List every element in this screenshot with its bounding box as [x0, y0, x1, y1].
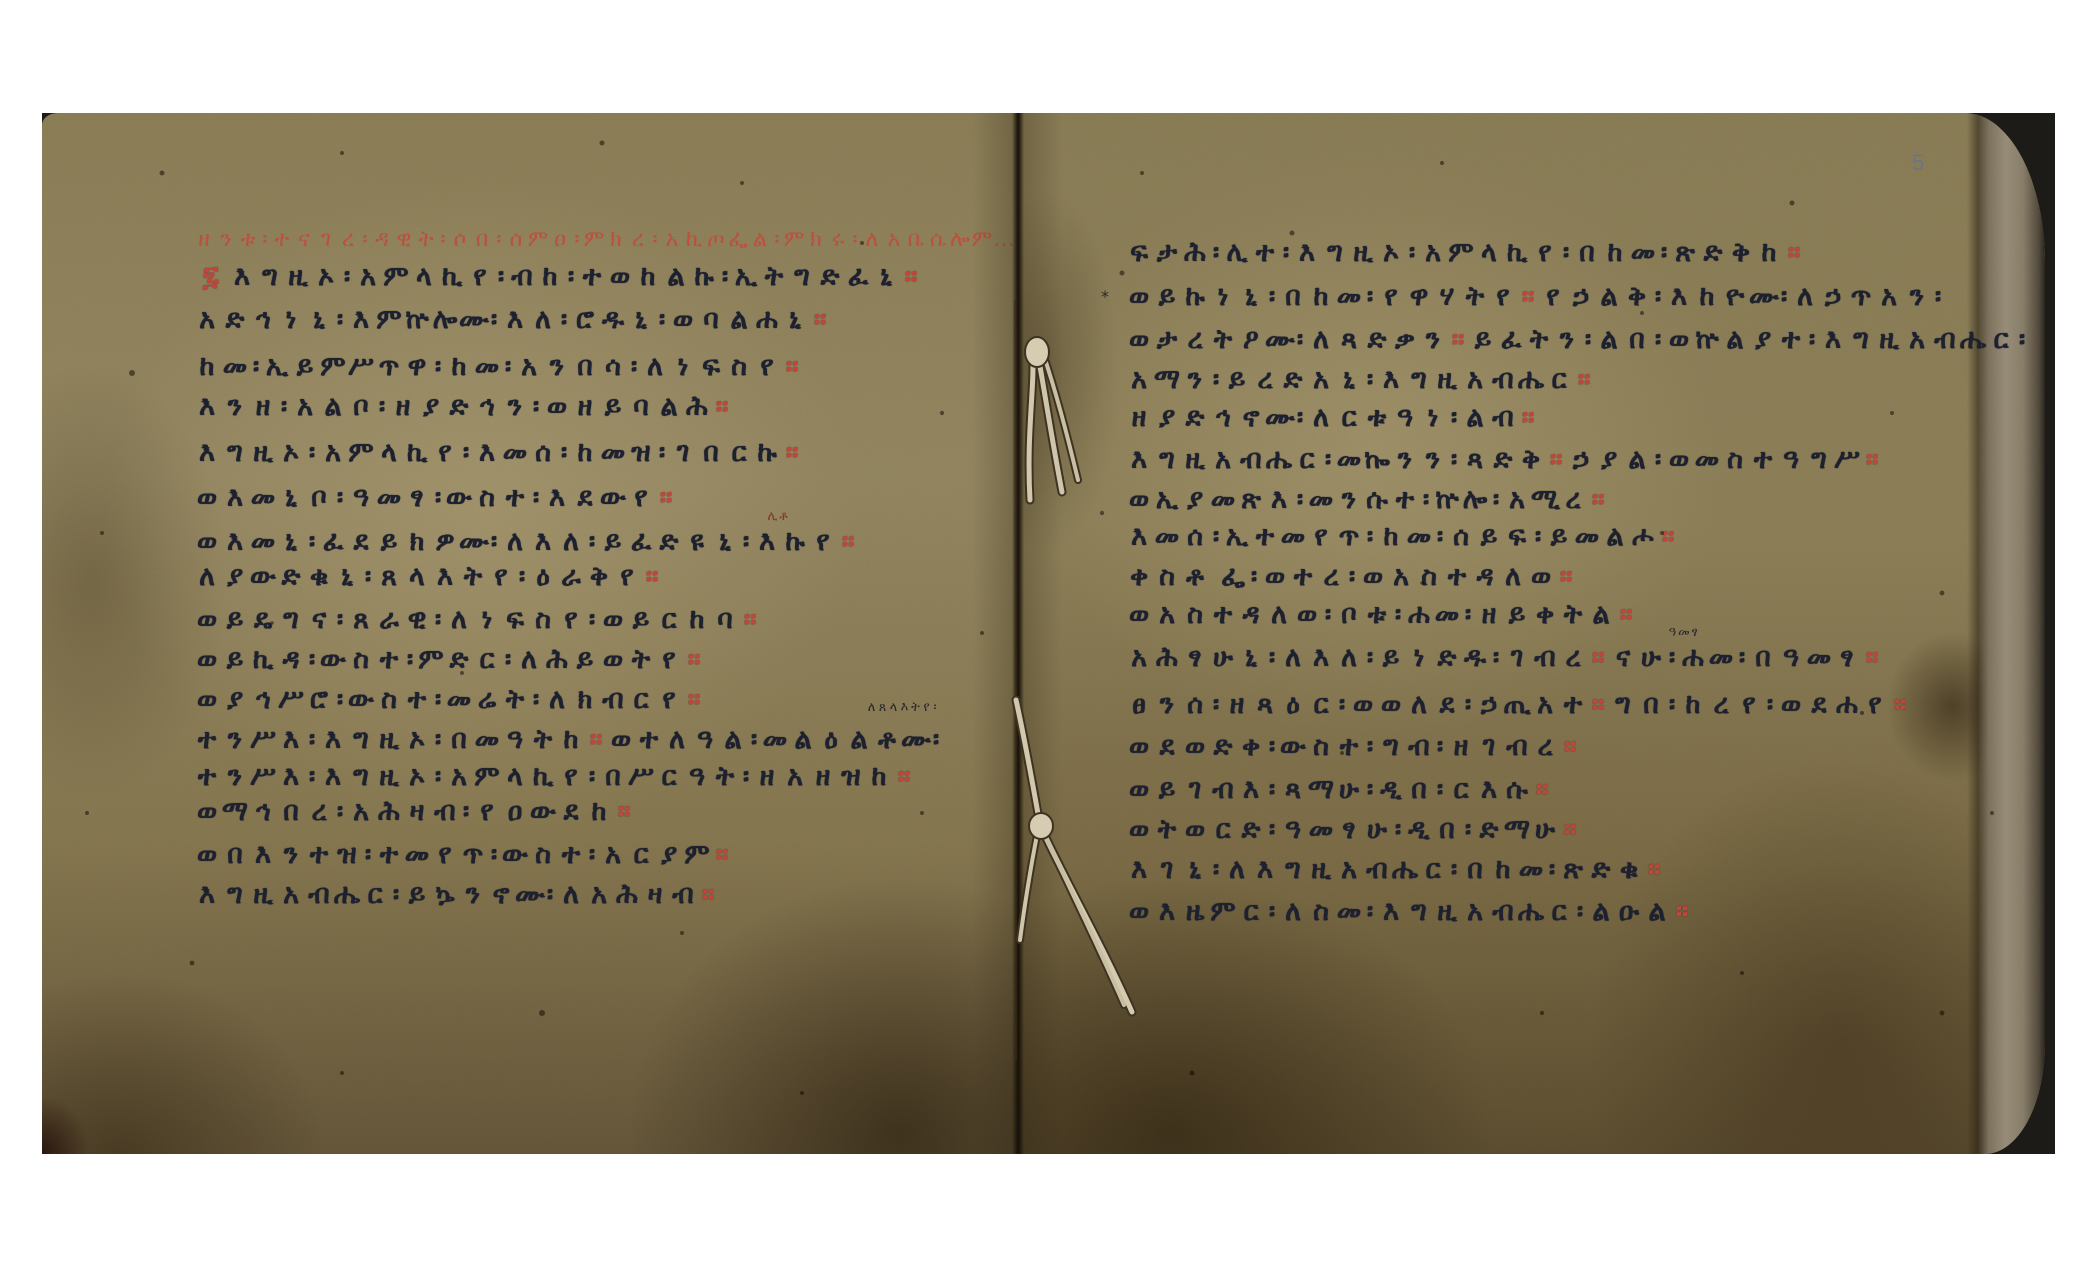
- text-line: እመሰ፡ኢተመየጥ፡ከመ፡ሰይፍ፡ይመልሖ።: [1125, 520, 1679, 554]
- red-full-stop: ።: [1861, 642, 1883, 673]
- text-line: ፯እግዚኦ፡አምላኪየ፡ብከ፡ተወከልኩ፡ኢትግድፈኒ።: [193, 260, 922, 294]
- line-text: እገኒ፡ለእግዚአብሔር፡በከመ፡ጽድቁ: [1125, 854, 1643, 885]
- text-line: ወደወድቀ፡ውስተ፡ግብ፡ዘገብረ።: [1125, 730, 1581, 764]
- text-line: ወይገብእ፡ጻማሁ፡ዲበ፡ርእሱ።: [1125, 773, 1553, 807]
- red-full-stop: ።: [655, 482, 677, 513]
- text-line: ወትወርድ፡ዓመፃሁ፡ዲበ፡ድማሁ።: [1125, 813, 1581, 847]
- text-line: ፍታሕ፡ሊተ፡እግዚኦ፡አምላኪየ፡በከመ፡ጽድቅከ።: [1125, 236, 1805, 270]
- red-full-stop: ።: [1587, 484, 1609, 515]
- red-full-stop: ።: [1555, 561, 1577, 592]
- line-text: ከመ፡ኢይምሥጥዋ፡ከመ፡አንበሳ፡ለነፍስየ: [193, 351, 781, 382]
- red-full-stop: ።: [1643, 854, 1665, 885]
- line-text: ዘያድኅኖሙ፡ለርቱዓነ፡ልብ: [1125, 402, 1517, 433]
- text-line: አሕፃሁኒ፡ለእለ፡ይነድዱ፡ገብረ።ናሁ፡ሐመ፡በዓመፃ።: [1125, 641, 1883, 675]
- red-full-stop: ።: [900, 261, 922, 292]
- line-text: ለያውድቁኒ፡ጸላእትየ፡ዕራቅየ: [193, 561, 641, 592]
- text-line: ቀስቶ ፌ፡ወተረ፡ወአስተዳለወ።: [1125, 560, 1577, 594]
- text-line: ወእመኒ፡ፈደይክዎሙ፡ለእለ፡ይፈድዩኒ፡እኩየ።: [193, 525, 859, 559]
- line-text: ወኢያመጽእ፡መንሱተ፡ኵሎ፡አሚረ: [1125, 484, 1587, 515]
- red-full-stop: ።: [697, 879, 719, 910]
- text-line: ወይኩነኒ፡በከመ፡የዋሃትየ።የኃልቅ፡እከዮሙ፡ለኃጥአን፡: [1125, 280, 1945, 314]
- interlinear-correction: ሊቶ: [767, 509, 789, 525]
- correction-text: ሊቶ: [767, 509, 789, 524]
- text-line: አድኅነኒ፡እምኵሎሙ፡እለ፡ሮዱኒ፡ወባልሐኒ።: [193, 303, 831, 337]
- red-full-stop: ።: [739, 604, 761, 635]
- line-text: ወይዴግና፡ጸራዊ፡ለነፍስየ፡ወይርከባ: [193, 604, 739, 635]
- text-line: ወአስተዳለወ፡ቦቱ፡ሐመ፡ዘይቀትል።: [1125, 598, 1637, 632]
- line-text: ወይኩነኒ፡በከመ፡የዋሃትየ: [1125, 281, 1517, 312]
- text-line: ዘያድኅኖሙ፡ለርቱዓነ፡ልብ።: [1125, 401, 1539, 435]
- red-full-stop: ።: [781, 351, 803, 382]
- folio-number: 5: [1912, 150, 1924, 176]
- line-text: እግዚኦ፡አምላኪየ፡ብከ፡ተወከልኩ፡ኢትግድፈኒ: [228, 261, 900, 292]
- correction-text: ዓመፃ: [1667, 625, 1700, 640]
- text-line: እግዚአብሔር፡ይኴንኖሙ፡ለአሕዛብ።: [193, 878, 719, 912]
- line-text: ወደወድቀ፡ውስተ፡ግብ፡ዘገብረ: [1125, 731, 1559, 762]
- psalm-number: ፯: [193, 261, 228, 292]
- line-text: ወትወርድ፡ዓመፃሁ፡ዲበ፡ድማሁ: [1125, 814, 1559, 845]
- red-full-stop: ።: [1861, 444, 1883, 475]
- line-text: እመሰ፡ኢተመየጥ፡ከመ፡ሰይፍ፡ይመልሖ: [1125, 521, 1657, 552]
- line-text: አማን፡ይረድአኒ፡እግዚአብሔር: [1125, 364, 1573, 395]
- red-full-stop: ።: [1657, 521, 1679, 552]
- red-full-stop: ።: [1783, 237, 1805, 268]
- line-text: እግዚአብሔር፡መኰንን፡ጻድቅ: [1125, 444, 1545, 475]
- red-full-stop: ።: [1517, 281, 1539, 312]
- red-full-stop: ።: [711, 391, 733, 422]
- line-text: ፍታሕ፡ሊተ፡እግዚኦ፡አምላኪየ፡በከመ፡ጽድቅከ: [1125, 237, 1783, 268]
- red-full-stop: ።: [683, 644, 705, 675]
- red-full-stop: ።: [809, 304, 831, 335]
- text-line: ወበእንተዝ፡ተመየጥ፡ውስተ፡አርያም።: [193, 838, 733, 872]
- text-line: አማን፡ይረድአኒ፡እግዚአብሔር።: [1125, 363, 1595, 397]
- red-full-stop: ።: [1517, 402, 1539, 433]
- red-full-stop: ።: [781, 437, 803, 468]
- line-text-continued: ናሁ፡ሐመ፡በዓመፃ: [1609, 642, 1861, 673]
- text-line: ወያኅሥሮ፡ውስተ፡መሬት፡ለክብርየ።: [193, 683, 705, 717]
- red-full-stop: ።: [585, 724, 607, 755]
- text-line: ወእዜምር፡ለስመ፡እግዚአብሔር፡ልዑል።: [1125, 895, 1693, 929]
- line-text: ወይገብእ፡ጻማሁ፡ዲበ፡ርእሱ: [1125, 774, 1531, 805]
- text-line: እግዚአብሔር፡መኰንን፡ጻድቅ።ኃያል፡ወመስተዓግሥ።: [1125, 443, 1883, 477]
- book-gutter: [1012, 113, 1024, 1154]
- corner-stain: [42, 1098, 87, 1154]
- line-text: ተንሥእ፡እግዚኦ፡አምላኪየ፡በሥርዓት፡ዘአዘዝከ: [193, 761, 893, 792]
- line-text-continued: ግበ፡ከረየ፡ወደሐየ: [1609, 689, 1889, 720]
- rubric-heading: ዘንቱ፡ተናገረ፡ዳዊት፡ሶበ፡ሰምዐ፡ምክረ፡አኪጦፌል፡ምክሩ፡ለአቤሴሎም…: [193, 223, 1015, 257]
- line-text: ወአስተዳለወ፡ቦቱ፡ሐመ፡ዘይቀትል: [1125, 599, 1615, 630]
- red-full-stop: ።: [1447, 324, 1469, 355]
- text-line: ፀንሰ፡ዘጻዕር፡ወወለደ፡ኃጢአተ።ግበ፡ከረየ፡ወደሐየ።: [1125, 688, 1911, 722]
- text-line: ተንሥእ፡እግዚኦ፡አምላኪየ፡በሥርዓት፡ዘአዘዝከ።: [193, 760, 915, 794]
- manuscript-spread: ዘንቱ፡ተናገረ፡ዳዊት፡ሶበ፡ሰምዐ፡ምክረ፡አኪጦፌል፡ምክሩ፡ለአቤሴሎም…: [42, 113, 2055, 1154]
- line-text: ወእመኒ፡ፈደይክዎሙ፡ለእለ፡ይፈድዩኒ፡እኩየ: [193, 526, 837, 557]
- text-line: እግዚኦ፡አምላኪየ፡እመሰ፡ከመዝ፡ገበርኩ።: [193, 436, 803, 470]
- line-text: ቀስቶ ፌ፡ወተረ፡ወአስተዳለወ: [1125, 561, 1555, 592]
- red-full-stop: ።: [711, 839, 733, 870]
- curled-page-edge: [1967, 113, 2045, 1154]
- text-line: ተንሥእ፡እግዚኦ፡በመዓትከ።ወተለዓል፡መልዕልቶሙ፡: [193, 723, 943, 757]
- text-line: ወማኅበረ፡አሕዛብ፡የዐውደከ።: [193, 795, 635, 829]
- line-text: አድኅነኒ፡እምኵሎሙ፡እለ፡ሮዱኒ፡ወባልሐኒ: [193, 304, 809, 335]
- line-text: እግዚኦ፡አምላኪየ፡እመሰ፡ከመዝ፡ገበርኩ: [193, 437, 781, 468]
- right-page: 5 * ፍታሕ፡ሊተ፡እግዚኦ፡አምላኪየ፡በከመ፡ጽድቅከ። ወይኩነኒ፡በከ…: [1017, 113, 2045, 1154]
- red-full-stop: ።: [1573, 364, 1595, 395]
- line-text: ወእዜምር፡ለስመ፡እግዚአብሔር፡ልዑል: [1125, 896, 1671, 927]
- line-text: ወበእንተዝ፡ተመየጥ፡ውስተ፡አርያም: [193, 839, 711, 870]
- interlinear-correction: ዓመፃ: [1667, 625, 1700, 641]
- line-text: ተንሥእ፡እግዚኦ፡በመዓትከ: [193, 724, 585, 755]
- line-text: ወእመኒቦ፡ዓመፃ፡ውስተ፡እደውየ: [193, 482, 655, 513]
- red-full-stop: ።: [1559, 814, 1581, 845]
- left-page: ዘንቱ፡ተናገረ፡ዳዊት፡ሶበ፡ሰምዐ፡ምክረ፡አኪጦፌል፡ምክሩ፡ለአቤሴሎም…: [42, 113, 1017, 1154]
- line-text-continued: ወተለዓል፡መልዕልቶሙ፡: [607, 724, 943, 755]
- marginal-note: ለጸላእትየ፡: [866, 700, 938, 716]
- text-line: ወኢያመጽእ፡መንሱተ፡ኵሎ፡አሚረ።: [1125, 483, 1609, 517]
- line-text-continued: ኃያል፡ወመስተዓግሥ: [1567, 444, 1861, 475]
- margin-mark: *: [1101, 287, 1109, 306]
- line-text: ወይኪዳ፡ውስተ፡ምድር፡ለሕይወትየ: [193, 644, 683, 675]
- red-full-stop: ።: [1545, 444, 1567, 475]
- red-full-stop: ።: [613, 796, 635, 827]
- red-full-stop: ።: [641, 561, 663, 592]
- red-full-stop: ።: [1587, 642, 1609, 673]
- red-full-stop: ።: [1587, 689, 1609, 720]
- line-text: ወታረትዖሙ፡ለጻድቃን: [1125, 324, 1447, 355]
- red-full-stop: ።: [1889, 689, 1911, 720]
- red-full-stop: ።: [1615, 599, 1637, 630]
- red-full-stop: ።: [893, 761, 915, 792]
- rubric-text: ዘንቱ፡ተናገረ፡ዳዊት፡ሶበ፡ሰምዐ፡ምክረ፡አኪጦፌል፡ምክሩ፡ለአቤሴሎም…: [193, 227, 1015, 252]
- text-line: ወይዴግና፡ጸራዊ፡ለነፍስየ፡ወይርከባ።: [193, 603, 761, 637]
- line-text: ፀንሰ፡ዘጻዕር፡ወወለደ፡ኃጢአተ: [1125, 689, 1587, 720]
- text-line: ወይኪዳ፡ውስተ፡ምድር፡ለሕይወትየ።: [193, 643, 705, 677]
- line-text-continued: ይፈትን፡ልበ፡ወኵልያተ፡እግዚአብሔር፡: [1469, 324, 2029, 355]
- text-line: ከመ፡ኢይምሥጥዋ፡ከመ፡አንበሳ፡ለነፍስየ።: [193, 350, 803, 384]
- red-full-stop: ።: [1671, 896, 1693, 927]
- text-line: እንዘ፡አልቦ፡ዘያድኅን፡ወዘይባልሕ።: [193, 390, 733, 424]
- text-line: እገኒ፡ለእግዚአብሔር፡በከመ፡ጽድቁ።: [1125, 853, 1665, 887]
- red-full-stop: ።: [683, 684, 705, 715]
- line-text: ወማኅበረ፡አሕዛብ፡የዐውደከ: [193, 796, 613, 827]
- red-full-stop: ።: [837, 526, 859, 557]
- line-text: እንዘ፡አልቦ፡ዘያድኅን፡ወዘይባልሕ: [193, 391, 711, 422]
- line-text: እግዚአብሔር፡ይኴንኖሙ፡ለአሕዛብ: [193, 879, 697, 910]
- line-text-continued: የኃልቅ፡እከዮሙ፡ለኃጥአን፡: [1539, 281, 1945, 312]
- text-line: ለያውድቁኒ፡ጸላእትየ፡ዕራቅየ።: [193, 560, 663, 594]
- line-text: ወያኅሥሮ፡ውስተ፡መሬት፡ለክብርየ: [193, 684, 683, 715]
- text-line: ወታረትዖሙ፡ለጻድቃን።ይፈትን፡ልበ፡ወኵልያተ፡እግዚአብሔር፡: [1125, 323, 2029, 357]
- line-text: አሕፃሁኒ፡ለእለ፡ይነድዱ፡ገብረ: [1125, 642, 1587, 673]
- text-line: ወእመኒቦ፡ዓመፃ፡ውስተ፡እደውየ።: [193, 481, 677, 515]
- red-full-stop: ።: [1559, 731, 1581, 762]
- red-full-stop: ።: [1531, 774, 1553, 805]
- marginal-note-text: ለጸላእትየ፡: [866, 700, 938, 715]
